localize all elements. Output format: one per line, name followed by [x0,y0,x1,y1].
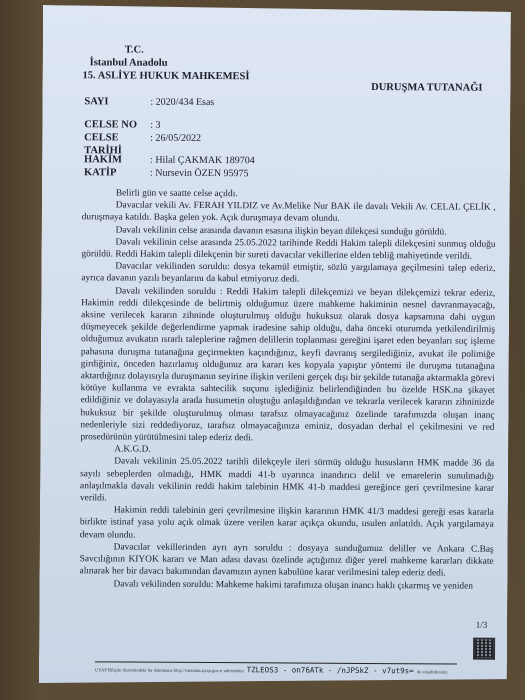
footer-prefix: UYAP Bilişim Sistemindeki bu dokümana ht… [95,667,244,673]
meta-celse: CELSE NO: 3 CELSE TARİHİ: 26/05/2022 [84,118,201,158]
paragraph: Davacılar vekili Av. FERAH YILDIZ ve Av.… [82,199,496,226]
document-page: T.C. İstanbul Anadolu 15. ASLİYE HUKUK M… [39,5,511,686]
table-surface [0,0,44,700]
meta-persons: HAKİM: Hilal ÇAKMAK 189704 KATİP: Nursev… [84,153,255,180]
meta-sayi: SAYI: 2020/434 Esas [84,95,214,109]
meta-value: : Hilal ÇAKMAK 189704 [150,154,255,168]
court-tc: T.C. [83,43,250,57]
court-city: İstanbul Anadolu [83,56,250,70]
court-name: 15. ASLİYE HUKUK MAHKEMESİ [83,69,250,83]
paragraph: Davacılar vekilinden soruldu: dosya teka… [81,260,495,287]
paragraph: Davalı vekilinden soruldu : Reddi Hakim … [80,285,495,446]
qr-code-icon [473,638,495,660]
meta-value: : 3 [150,119,160,132]
paragraph: Davacılar vekillerinden ayrı ayrı soruld… [80,541,494,580]
meta-label: KATİP [84,166,150,179]
paragraph: Davalı vekilinin 25.05.2022 tarihli dile… [80,456,494,507]
paragraph: Davalı vekilinden soruldu: Mahkeme hakim… [79,578,493,593]
footer-suffix: ile erişebilirsiniz. [417,669,449,674]
paragraph: Davalı vekilinin celse arasında 25.05.20… [81,236,495,263]
meta-value: : Nursevin ÖZEN 95975 [150,167,249,181]
meta-value: : 2020/434 Esas [150,96,214,109]
meta-label: HAKİM [84,153,150,166]
footer: UYAP Bilişim Sistemindeki bu dokümana ht… [95,664,449,675]
paragraph: Hakimin reddi talebinin geri çevrilmesin… [80,505,494,544]
page-number: 1/3 [476,620,488,630]
meta-label: SAYI [84,95,150,108]
document-title: DURUŞMA TUTANAĞI [371,82,482,94]
document-body: Belirli gün ve saatte celse açıldı. Dava… [79,187,495,592]
court-header: T.C. İstanbul Anadolu 15. ASLİYE HUKUK M… [83,43,250,83]
verification-code: TZLEOS3 - on76ATk - /nJPSkZ - v7ut9s= [247,665,414,675]
meta-label: CELSE NO [84,118,150,131]
